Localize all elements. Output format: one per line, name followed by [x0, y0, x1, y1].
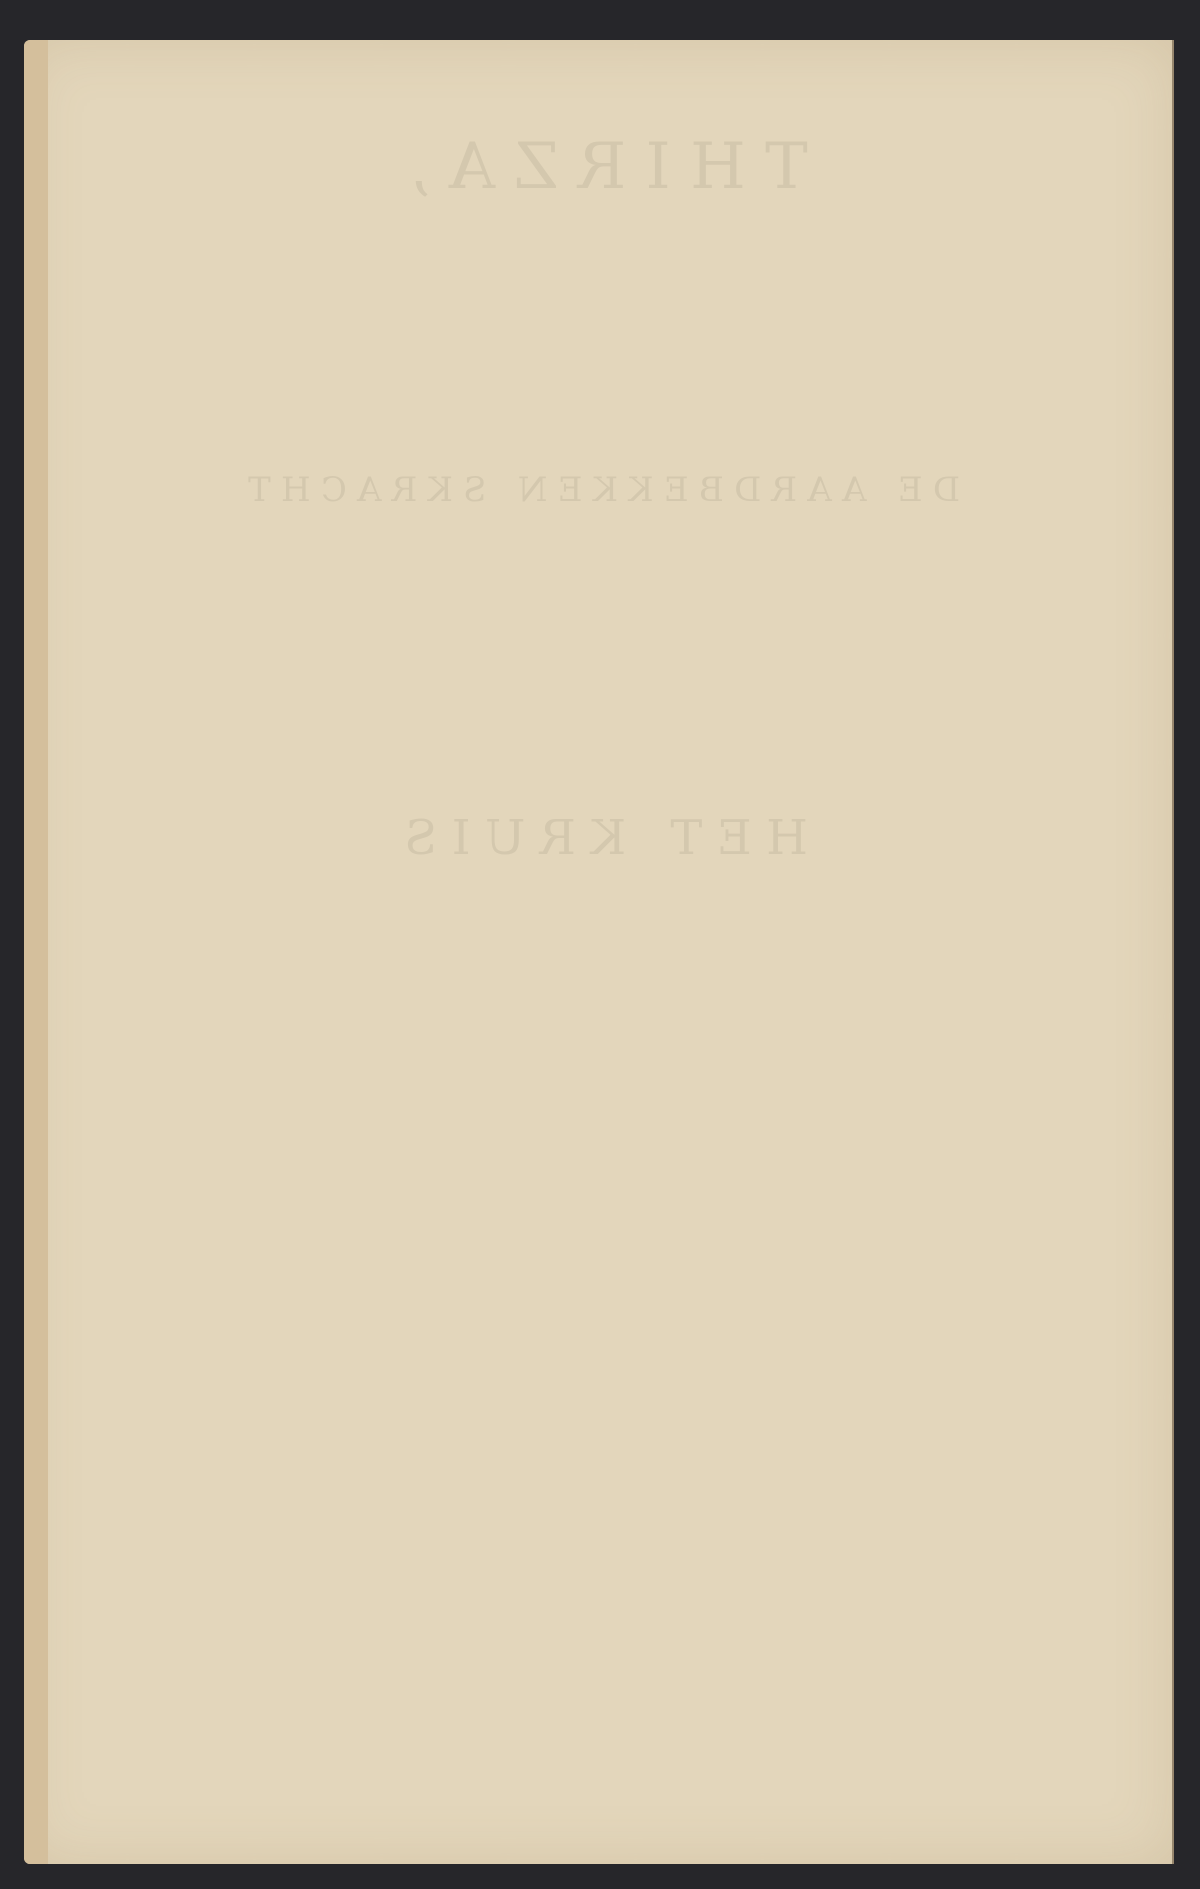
book-page: THIRZA, DE AARDBEKKEN SKRACHT HET KRUIS [24, 40, 1174, 1864]
page-left-edge [24, 40, 48, 1864]
show-through-section: HET KRUIS [24, 810, 1174, 866]
show-through-title: THIRZA, [24, 130, 1174, 204]
page-fold [1172, 40, 1174, 1864]
show-through-subtitle: DE AARDBEKKEN SKRACHT [24, 470, 1174, 510]
